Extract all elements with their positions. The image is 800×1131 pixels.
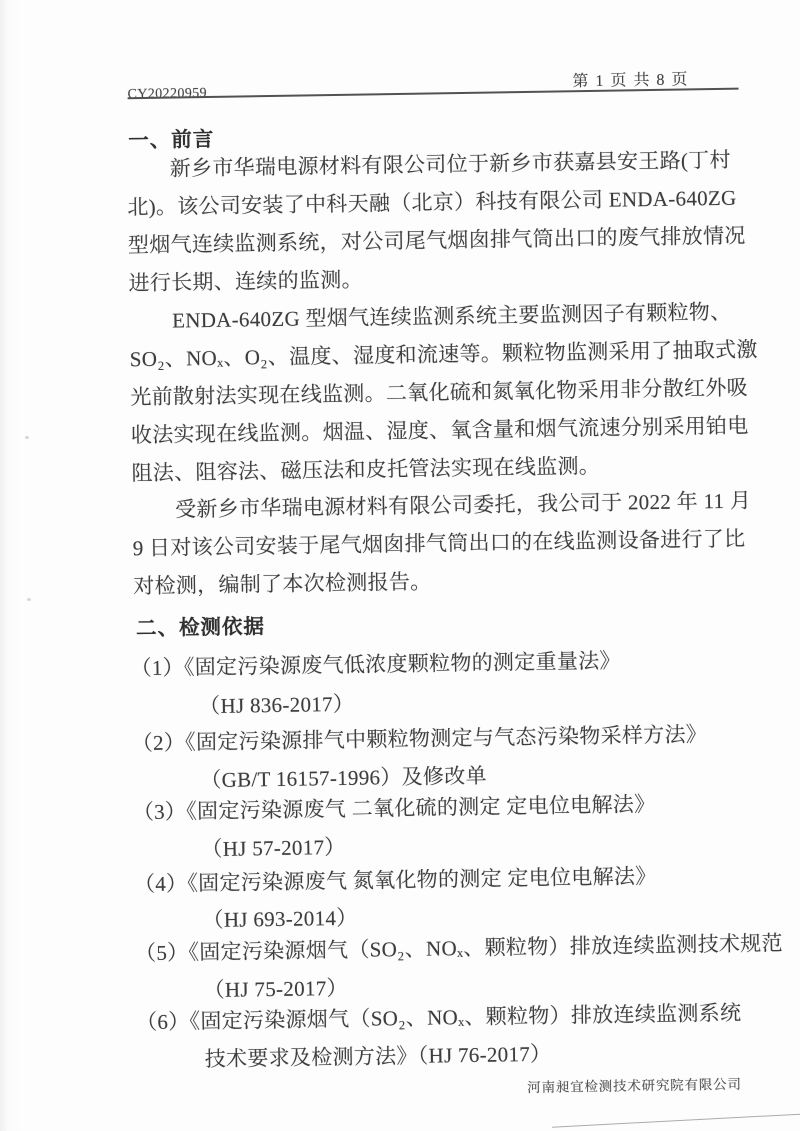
preface-para3-line1: 受新乡市华瑞电源材料有限公司委托，我公司于 2022 年 11 月	[175, 488, 751, 521]
ref-item-4-line-2: （HJ 693-2014）	[202, 906, 357, 933]
footer-company: 河南昶宜检测技术研究院有限公司	[527, 1077, 742, 1096]
ref-item-6-line-1: （6）《固定污染源烟气（SO₂、NOₓ、颗粒物）排放连续监测系统	[136, 1001, 741, 1035]
ref-item-3-line-1: （3）《固定污染源废气 二氧化硫的测定 定电位电解法》	[133, 792, 656, 824]
ref-item-6-line-2: 技术要求及检测方法》（HJ 76-2017）	[205, 1042, 552, 1072]
ref-item-2-line-2: （GB/T 16157-1996）及修改单	[200, 764, 487, 793]
document-page: CY20220959 第 1 页 共 8 页 一、前言 新乡市华瑞电源材料有限公…	[0, 0, 800, 1131]
ref-item-1-line-1: （1）《固定污染源废气低浓度颗粒物的测定重量法》	[130, 649, 621, 681]
preface-para1-line1: 新乡市华瑞电源材料有限公司位于新乡市获嘉县安王路(丁村	[170, 148, 731, 181]
scan-artifact-speck	[25, 436, 29, 439]
preface-para1-line3: 型烟气连续监测系统，对公司尾气烟囱排气筒出口的废气排放情况	[128, 224, 746, 258]
header-divider	[128, 88, 739, 100]
preface-para1-line2: 北)。该公司安装了中科天融（北京）科技有限公司 ENDA-640ZG	[127, 186, 737, 220]
preface-para2-line1: ENDA-640ZG 型烟气连续监测系统主要监测因子有颗粒物、	[172, 300, 732, 333]
ref-item-1-line-2: （HJ 836-2017）	[199, 692, 354, 719]
ref-item-5-line-1: （5）《固定污染源烟气（SO₂、NOₓ、颗粒物）排放连续监测技术规范	[135, 931, 783, 965]
section-preface-heading: 一、前言	[128, 129, 214, 154]
ref-item-4-line-1: （4）《固定污染源废气 氮氧化物的测定 定电位电解法》	[134, 864, 657, 896]
section-basis-heading: 二、检测依据	[136, 616, 265, 642]
scan-artifact-speck	[27, 598, 31, 601]
ref-item-3-line-2: （HJ 57-2017）	[201, 835, 346, 861]
ref-item-2-line-1: （2）《固定污染源排气中颗粒物测定与气态污染物采样方法》	[132, 722, 708, 755]
preface-para2-line5: 阻法、阻容法、磁压法和皮托管法实现在线监测。	[131, 454, 600, 485]
scanned-content: CY20220959 第 1 页 共 8 页 一、前言 新乡市华瑞电源材料有限公…	[0, 0, 800, 1131]
preface-para1-line4: 进行长期、连续的监测。	[128, 268, 363, 296]
preface-para2-line3: 光前散射法实现在线监测。二氧化硫和氮氧化物采用非分散红外吸	[130, 376, 748, 410]
ref-item-5-line-2: （HJ 75-2017）	[203, 976, 348, 1002]
preface-para2-line2: SO₂、NOₓ、O₂、温度、湿度和流速等。颗粒物监测采用了抽取式激	[130, 337, 758, 371]
preface-para3-line2: 9 日对该公司安装于尾气烟囱排气筒出口的在线监测设备进行了比	[133, 527, 746, 561]
report-number: CY20220959	[127, 86, 207, 103]
preface-para2-line4: 收法实现在线监测。烟温、湿度、氧含量和烟气流速分别采用铂电	[131, 414, 749, 448]
preface-para3-line3: 对检测，编制了本次检测报告。	[133, 570, 432, 599]
